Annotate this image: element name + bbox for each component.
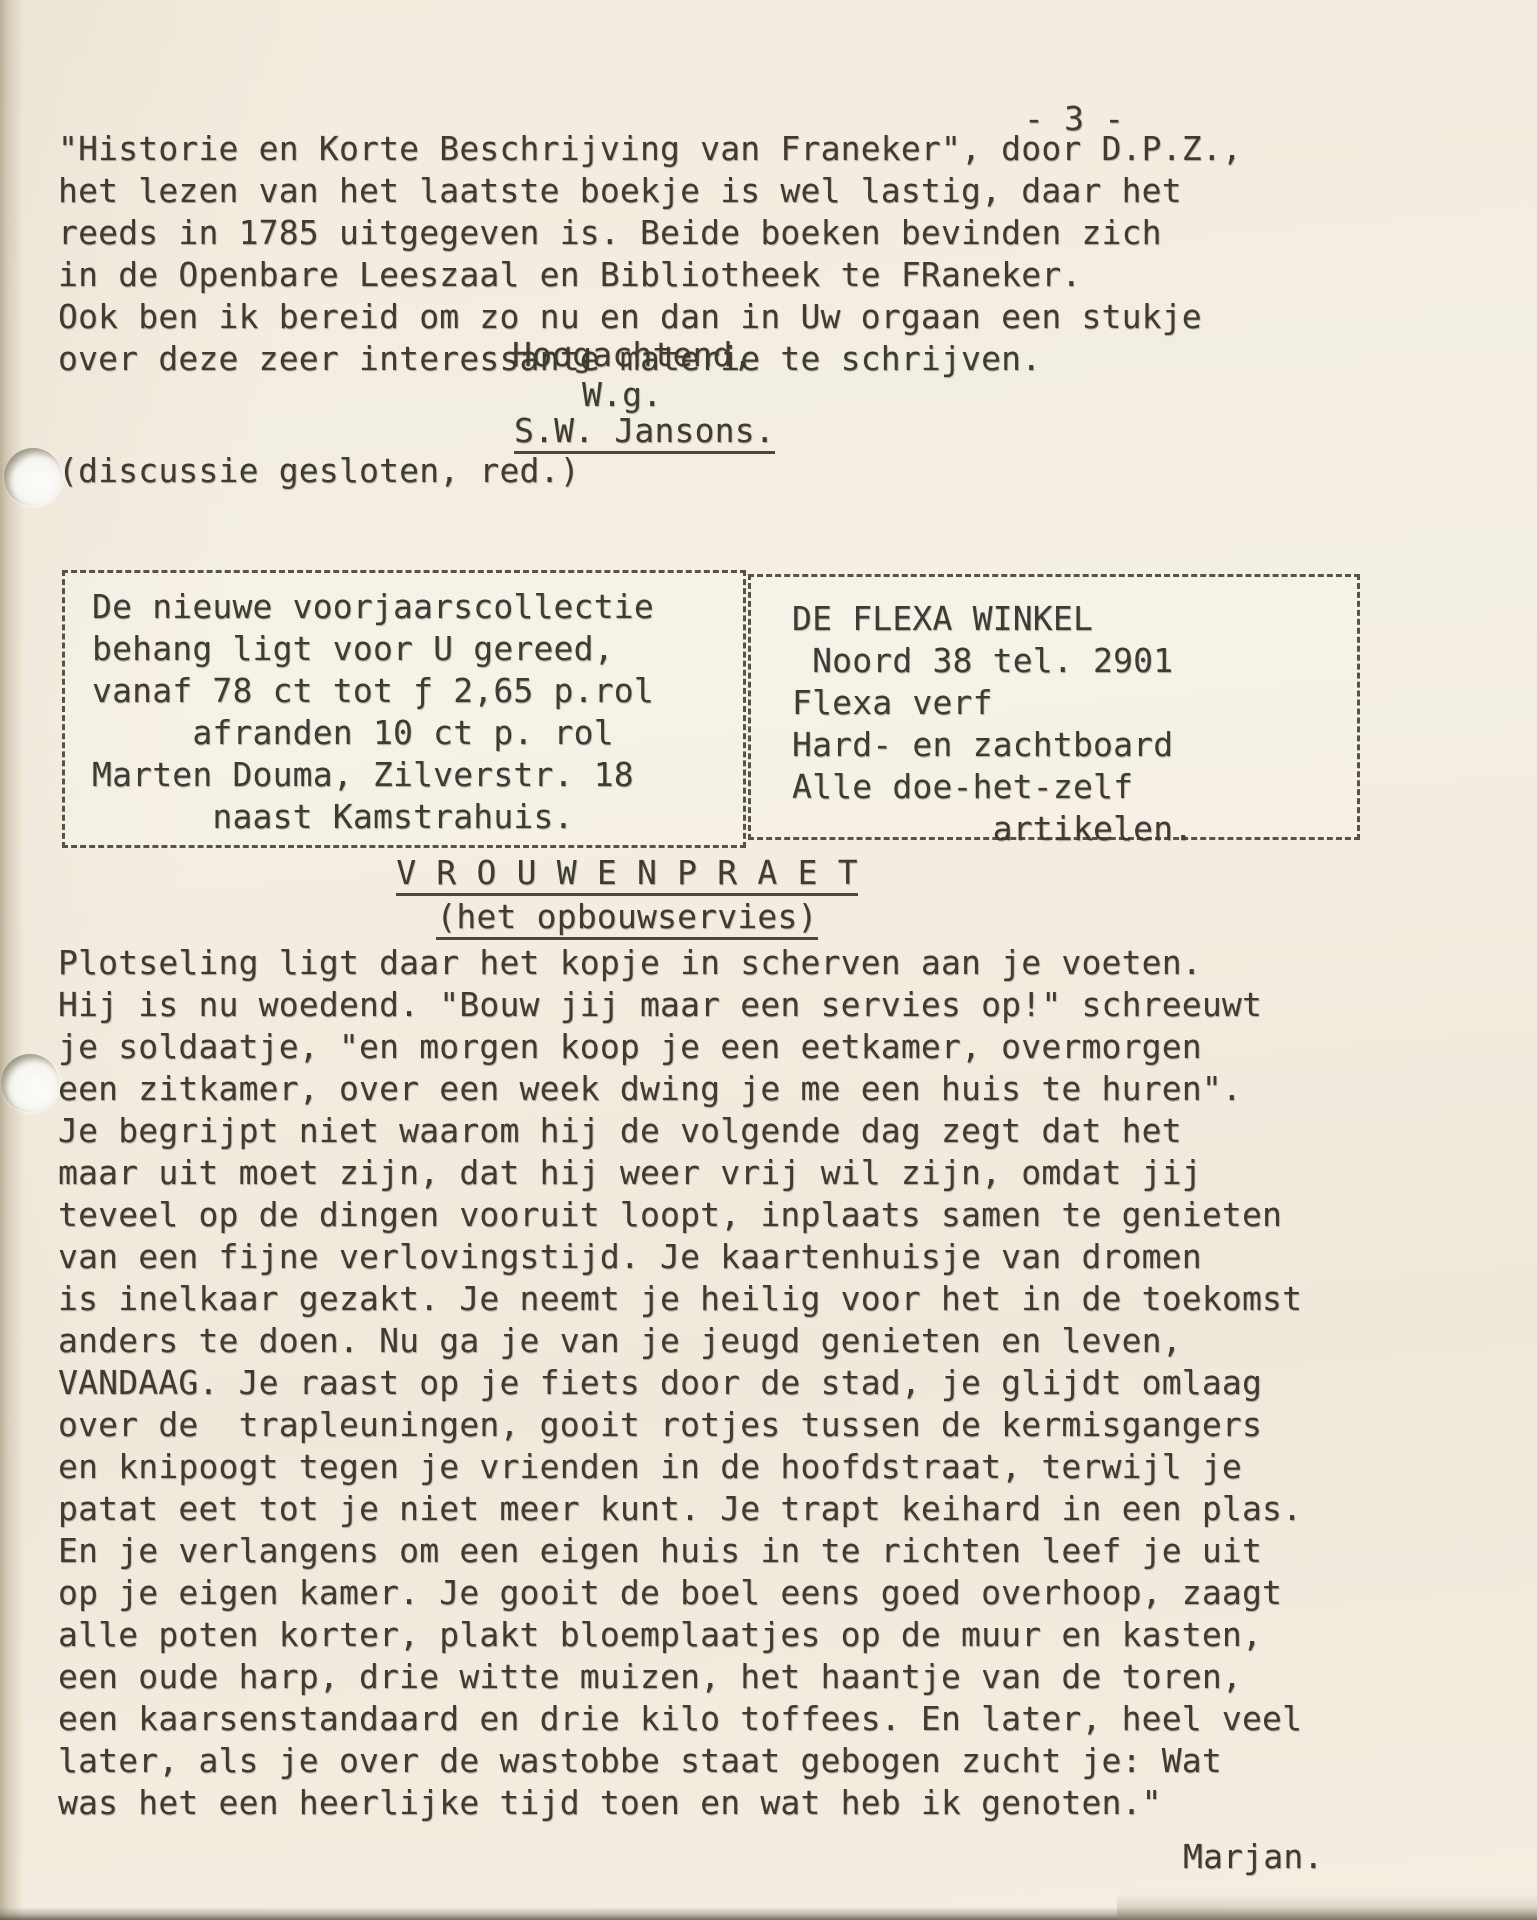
article-title: V R O U W E N P R A E T — [0, 852, 1254, 894]
scanned-document-page: - 3 - "Historie en Korte Beschrijving va… — [0, 0, 1537, 1920]
article-signature: Marjan. — [1183, 1836, 1323, 1878]
ad-marten-douma-text: De nieuwe voorjaarscollectie behang ligt… — [92, 586, 654, 838]
scan-left-edge-shadow — [0, 0, 24, 1920]
letter-closing: Hoogachtend, — [512, 334, 753, 376]
scan-bottom-right-smudge — [1117, 1894, 1537, 1920]
letter-signature-text: S.W. Jansons. — [514, 411, 775, 454]
article-subtitle-text: (het opbouwservies) — [436, 897, 817, 940]
punch-hole-bottom — [1, 1054, 59, 1112]
article-body-text: Plotseling ligt daar het kopje in scherv… — [58, 942, 1302, 1824]
article-subtitle: (het opbouwservies) — [0, 896, 1254, 938]
ad-flexa-winkel-text: DE FLEXA WINKEL Noord 38 tel. 2901 Flexa… — [792, 598, 1193, 850]
article-title-text: V R O U W E N P R A E T — [396, 853, 858, 896]
letter-signature: S.W. Jansons. — [514, 410, 775, 452]
punch-hole-top — [4, 448, 62, 506]
editor-note: (discussie gesloten, red.) — [58, 450, 580, 492]
